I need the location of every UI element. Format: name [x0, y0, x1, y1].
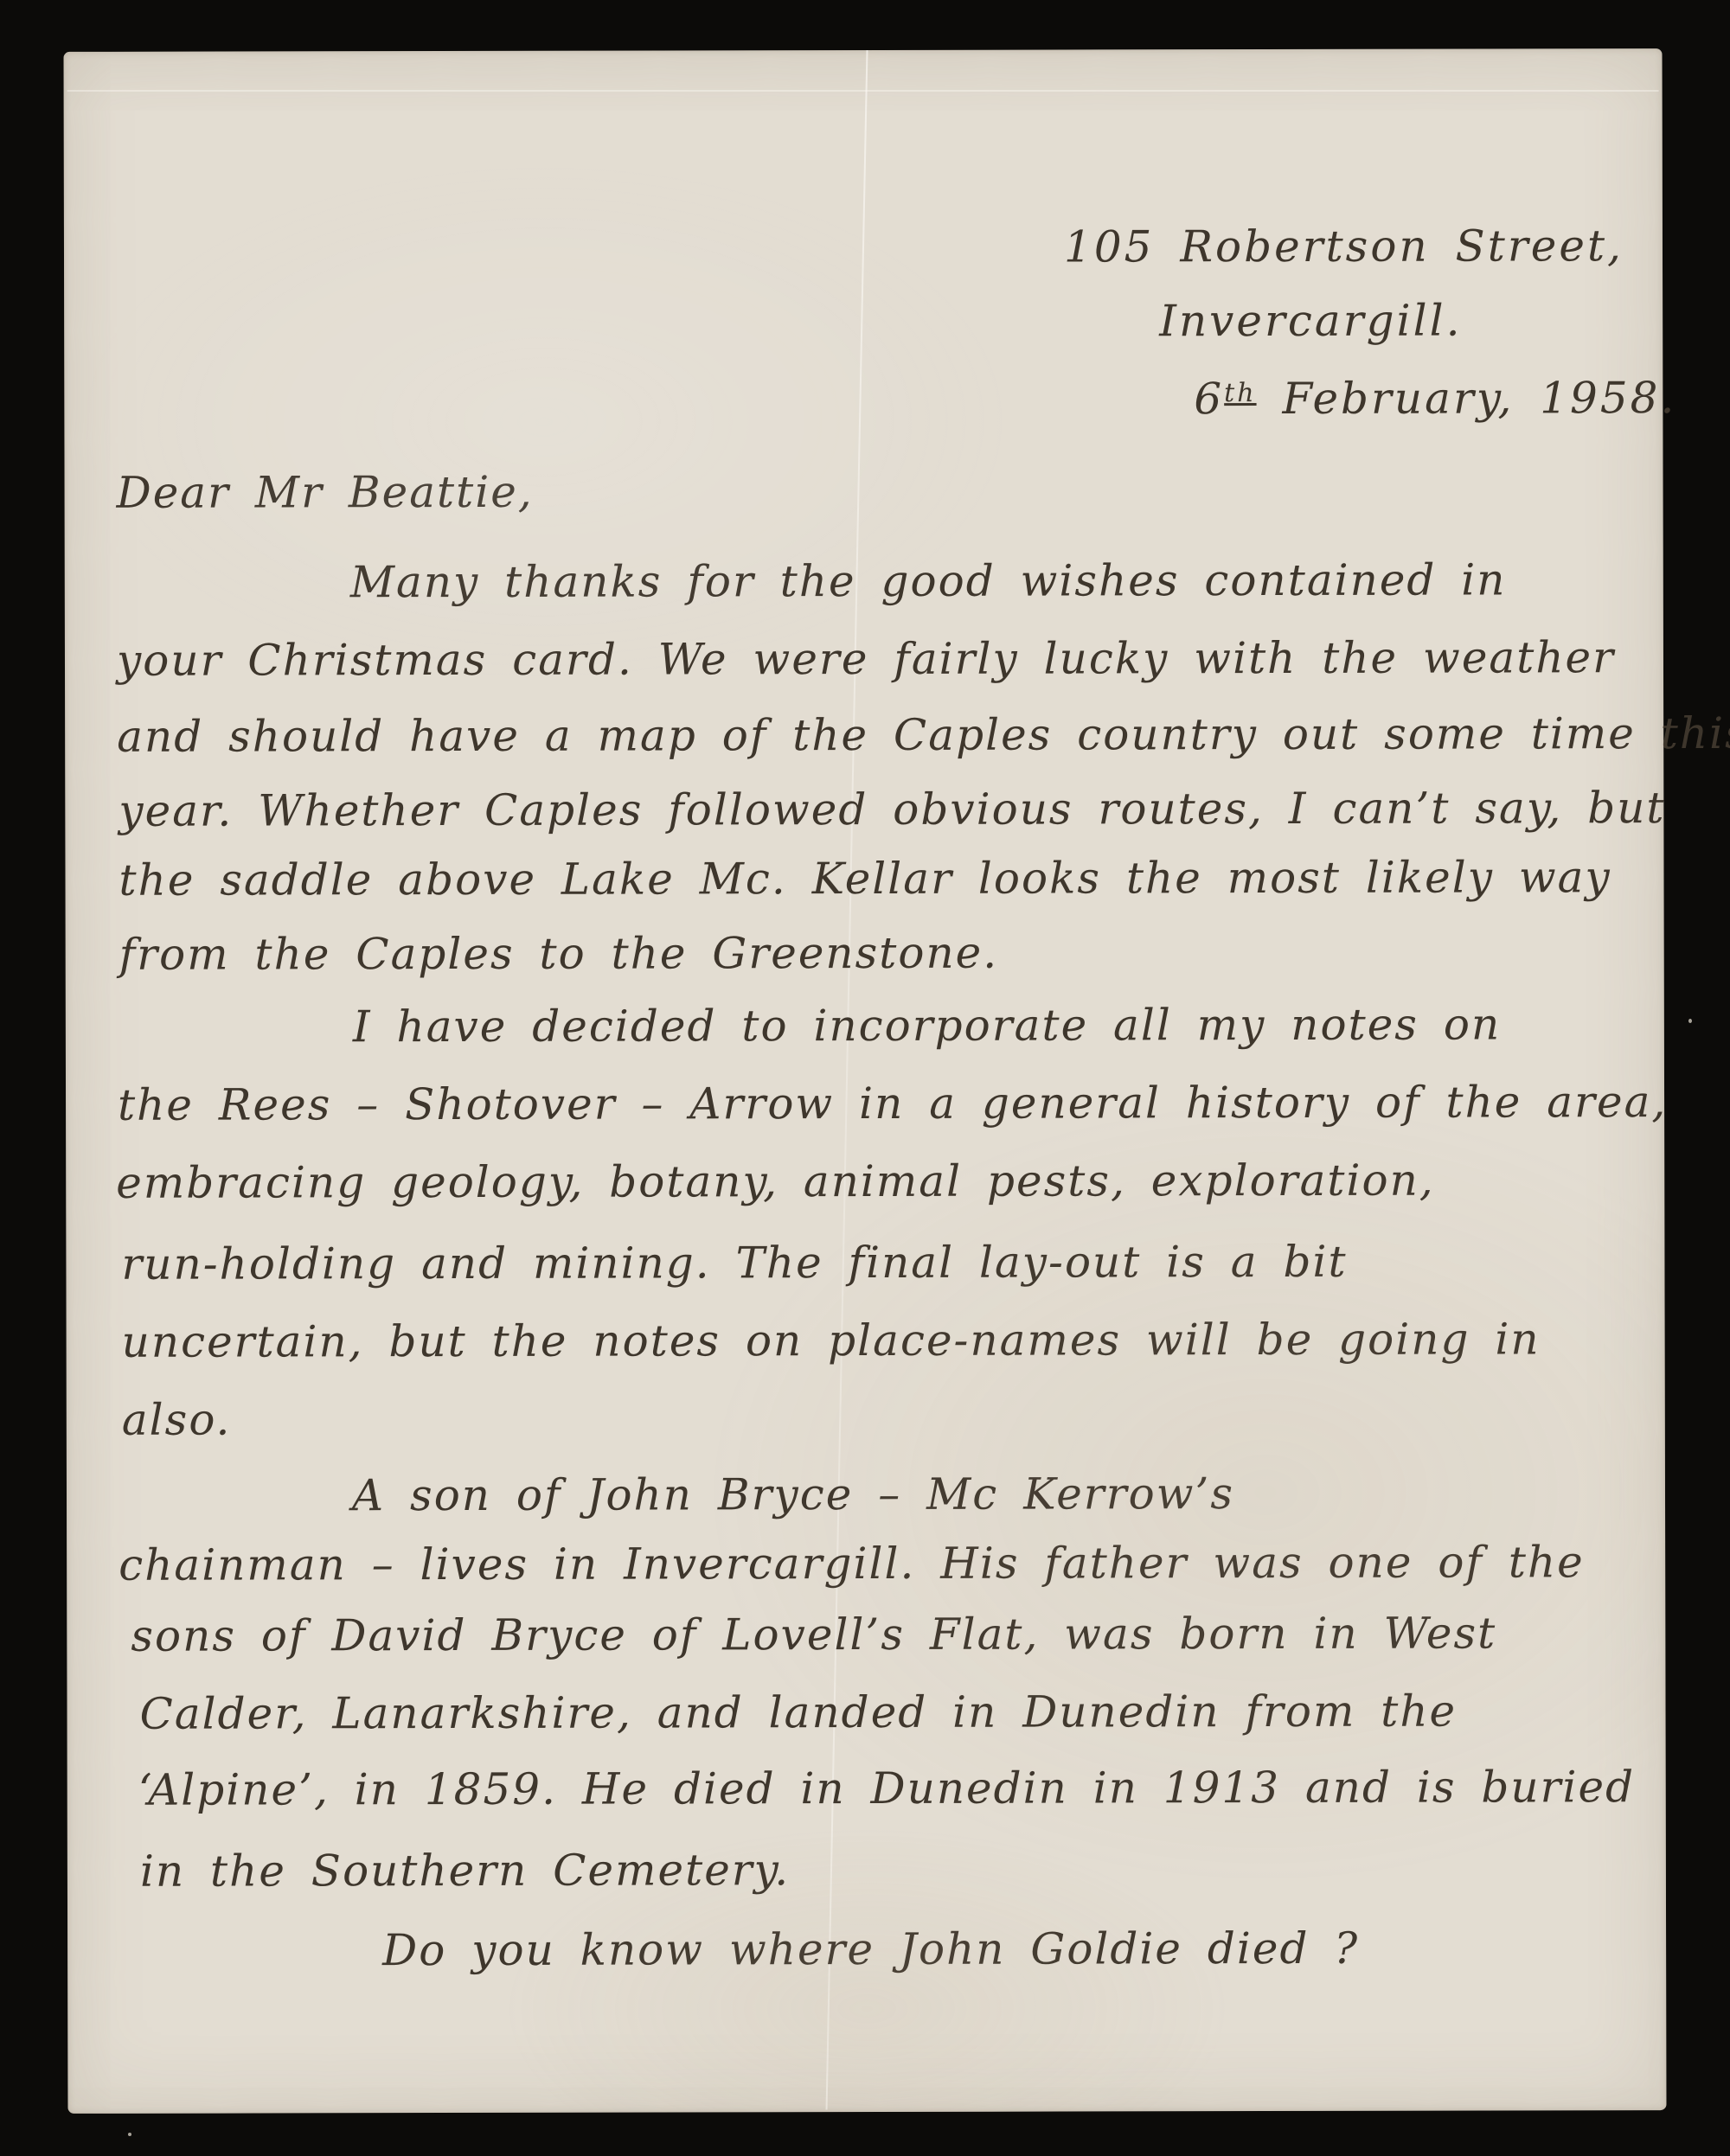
address-city-line: Invercargill. — [1159, 293, 1462, 349]
body-line: ‘Alpine’, in 1859. He died in Dunedin in… — [138, 1759, 1635, 1818]
body-line: sons of David Bryce of Lovell’s Flat, wa… — [131, 1605, 1496, 1663]
dust-speck — [128, 2133, 131, 2136]
body-line: A son of John Bryce – Mc Kerrow’s — [352, 1466, 1234, 1523]
body-line: chainman – lives in Invercargill. His fa… — [119, 1534, 1585, 1593]
body-line: Do you know where John Goldie died ? — [382, 1921, 1359, 1978]
body-line: from the Caples to the Greenstone. — [119, 925, 999, 982]
body-line: I have decided to incorporate all my not… — [353, 996, 1501, 1054]
dust-speck — [1688, 1019, 1692, 1023]
body-line: and should have a map of the Caples coun… — [117, 706, 1730, 765]
body-line: the saddle above Lake Mc. Kellar looks t… — [119, 849, 1611, 908]
body-line: your Christmas card. We were fairly luck… — [117, 630, 1615, 688]
address-street-line: 105 Robertson Street, — [1064, 218, 1624, 274]
body-line: uncertain, but the notes on place-names … — [122, 1311, 1541, 1369]
body-line: year. Whether Caples followed obvious ro… — [119, 780, 1665, 839]
body-line: run-holding and mining. The final lay-ou… — [121, 1234, 1347, 1292]
address-date-line: 6th February, 1958. — [1194, 365, 1676, 426]
body-line: Calder, Lanarkshire, and landed in Duned… — [139, 1684, 1457, 1742]
body-line: in the Southern Cemetery. — [140, 1842, 790, 1899]
date-ordinal-suffix: th — [1224, 378, 1256, 408]
horizontal-fold-crease — [67, 90, 1659, 92]
date-rest: February, 1958. — [1256, 373, 1676, 424]
body-line: the Rees – Shotover – Arrow in a general… — [118, 1074, 1667, 1133]
letter-page: 105 Robertson Street, Invercargill. 6th … — [64, 48, 1667, 2114]
body-line: embracing geology, botany, animal pests,… — [116, 1153, 1435, 1211]
body-line: Many thanks for the good wishes containe… — [350, 552, 1507, 610]
date-day: 6 — [1194, 374, 1224, 424]
body-line: also. — [122, 1392, 232, 1448]
salutation: Dear Mr Beattie, — [117, 464, 534, 521]
